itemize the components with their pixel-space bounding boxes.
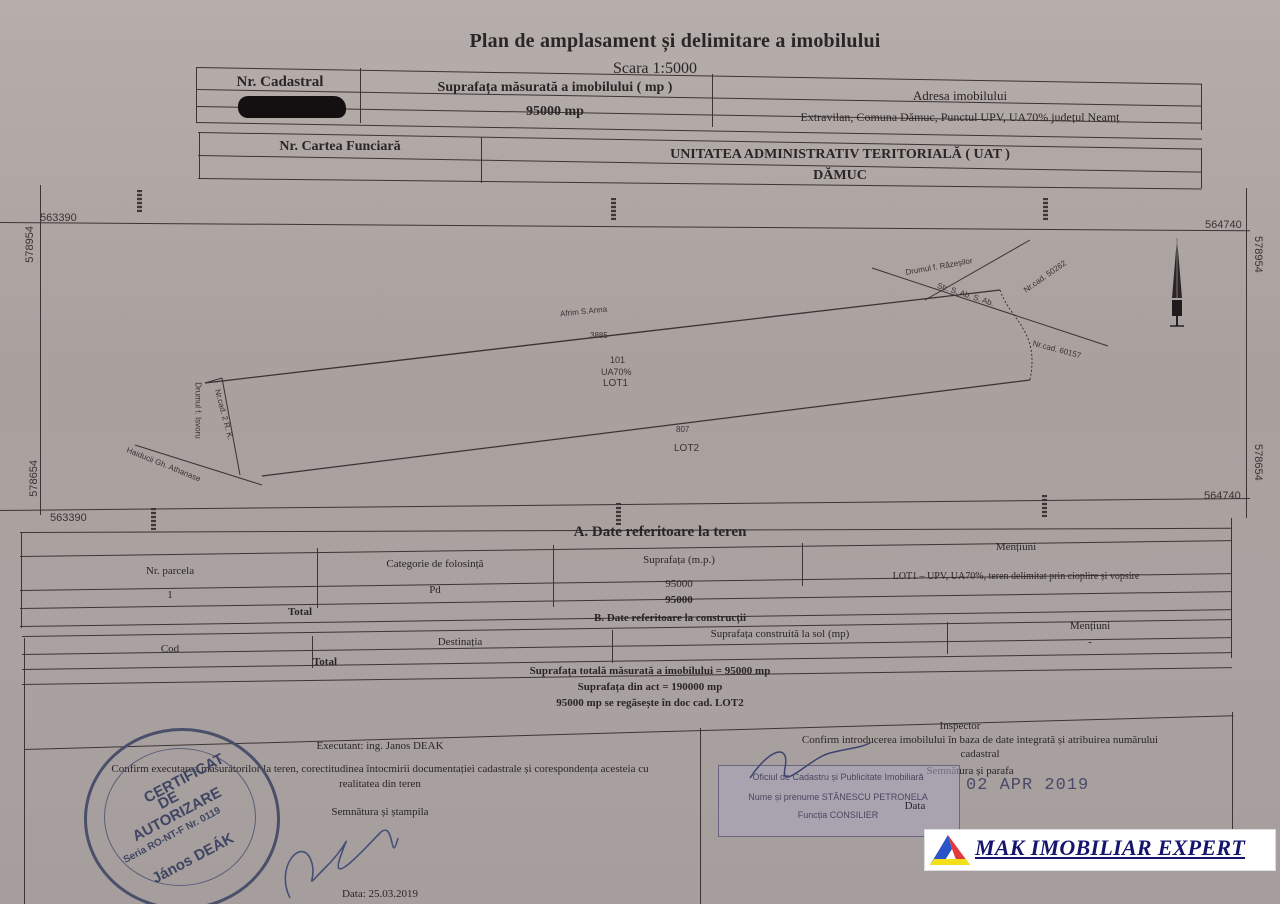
summary-line-3: 95000 mp se regăsește în doc cad. LOT2	[400, 697, 900, 709]
section-b-row-value: -	[950, 636, 1230, 648]
edge-length-label: 3885	[590, 331, 608, 340]
summary-line-1: Suprafața totală măsurată a imobilului =…	[400, 665, 900, 677]
lot2-code-label: 807	[676, 425, 689, 434]
lot1-label: LOT1	[603, 378, 628, 389]
lot2-label: LOT2	[674, 443, 699, 454]
agency-name: MAK IMOBILIAR EXPERT	[975, 835, 1245, 861]
road-label-left-1: Drumul f. Isvoru	[194, 382, 203, 438]
agency-logo-icon	[928, 833, 972, 867]
lot1-ua-label: UA70%	[601, 367, 632, 377]
col-surface: Suprafața (m.p.)	[556, 554, 802, 566]
col-category: Categorie de folosință	[320, 558, 550, 570]
lot1-code-label: 101	[610, 355, 625, 365]
section-a-title: A. Date referitoare la teren	[480, 524, 840, 541]
row-surface: 95000	[556, 578, 802, 590]
inspector-date-stamp: 02 APR 2019	[966, 776, 1089, 795]
inspector-label: Inspector	[880, 720, 1040, 732]
row-parcel: 1	[40, 589, 300, 601]
executor-signature	[270, 808, 410, 904]
executor-label: Executant: ing. Janos DEAK	[280, 740, 480, 752]
section-a-total-value: 95000	[556, 594, 802, 606]
north-arrow-icon	[1166, 238, 1188, 332]
col-parcel: Nr. parcela	[40, 565, 300, 577]
col-destination: Destinația	[315, 636, 605, 648]
section-a-total-label: Total	[180, 606, 420, 618]
inspector-signature	[740, 738, 880, 788]
col-code: Cod	[40, 643, 300, 655]
row-notes: LOT1 – UPV, UA70%, teren delimitat prin …	[806, 571, 1226, 582]
summary-line-2: Suprafața din act = 190000 mp	[400, 681, 900, 693]
col-built-surface: Suprafața construită la sol (mp)	[615, 628, 945, 640]
col-notes-b: Mențiuni	[950, 620, 1230, 632]
inspector-date-label: Data	[900, 800, 930, 812]
row-category: Pd	[320, 584, 550, 596]
section-b-title: B. Date referitoare la construcții	[520, 612, 820, 624]
col-notes: Mențiuni	[806, 541, 1226, 553]
